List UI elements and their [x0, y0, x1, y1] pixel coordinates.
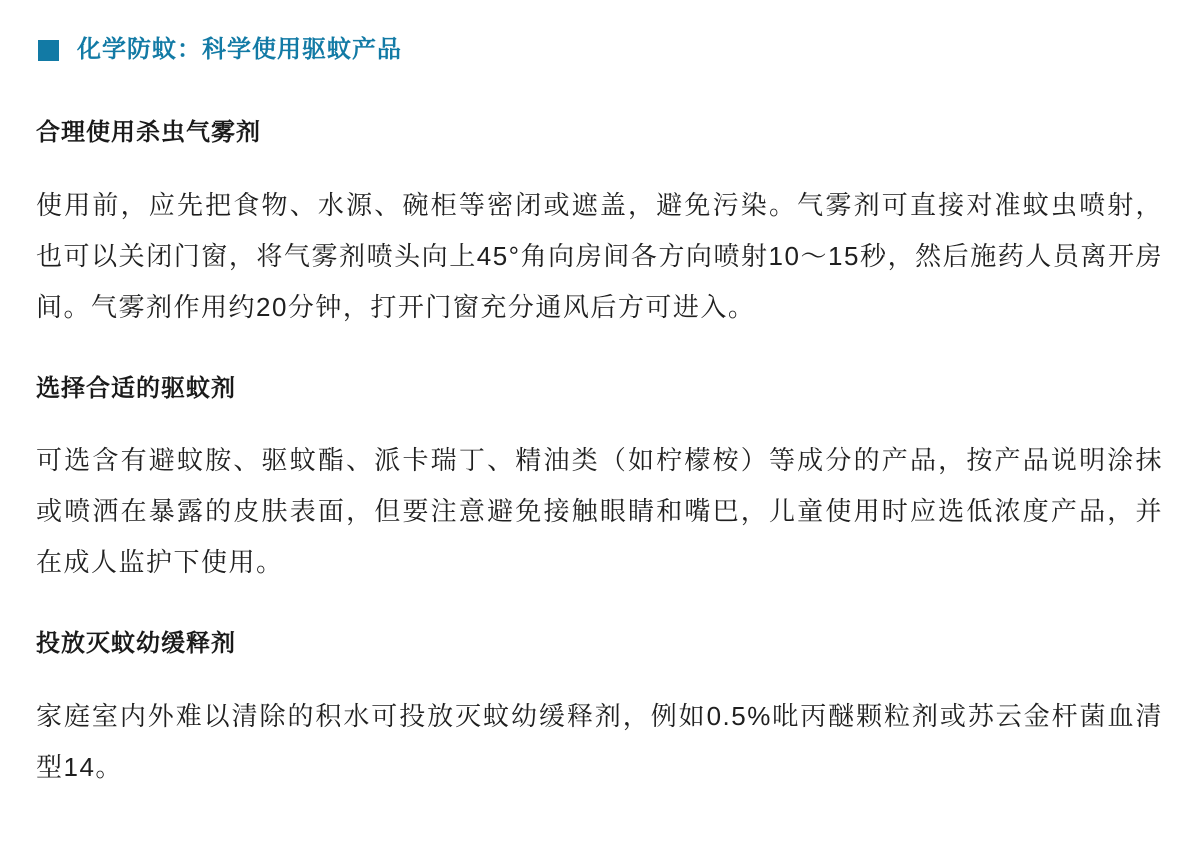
square-bullet-icon	[38, 40, 59, 61]
section-repellent: 选择合适的驱蚊剂 可选含有避蚊胺、驱蚊酯、派卡瑞丁、精油类（如柠檬桉）等成分的产…	[36, 375, 1163, 589]
section-aerosol: 合理使用杀虫气雾剂 使用前，应先把食物、水源、碗柜等密闭或遮盖，避免污染。气雾剂…	[36, 119, 1163, 333]
section-heading: 投放灭蚊幼缓释剂	[36, 630, 1163, 659]
section-paragraph: 使用前，应先把食物、水源、碗柜等密闭或遮盖，避免污染。气雾剂可直接对准蚊虫喷射，…	[36, 180, 1163, 333]
section-paragraph: 可选含有避蚊胺、驱蚊酯、派卡瑞丁、精油类（如柠檬桉）等成分的产品，按产品说明涂抹…	[36, 435, 1163, 588]
section-larvicide: 投放灭蚊幼缓释剂 家庭室内外难以清除的积水可投放灭蚊幼缓释剂，例如0.5%吡丙醚…	[36, 630, 1163, 793]
document-page: 化学防蚊：科学使用驱蚊产品 合理使用杀虫气雾剂 使用前，应先把食物、水源、碗柜等…	[0, 0, 1200, 842]
page-title-text: 化学防蚊：科学使用驱蚊产品	[77, 36, 402, 65]
section-heading: 选择合适的驱蚊剂	[36, 375, 1163, 404]
section-heading: 合理使用杀虫气雾剂	[36, 119, 1163, 148]
page-title: 化学防蚊：科学使用驱蚊产品	[38, 36, 1163, 65]
section-paragraph: 家庭室内外难以清除的积水可投放灭蚊幼缓释剂，例如0.5%吡丙醚颗粒剂或苏云金杆菌…	[36, 691, 1163, 793]
